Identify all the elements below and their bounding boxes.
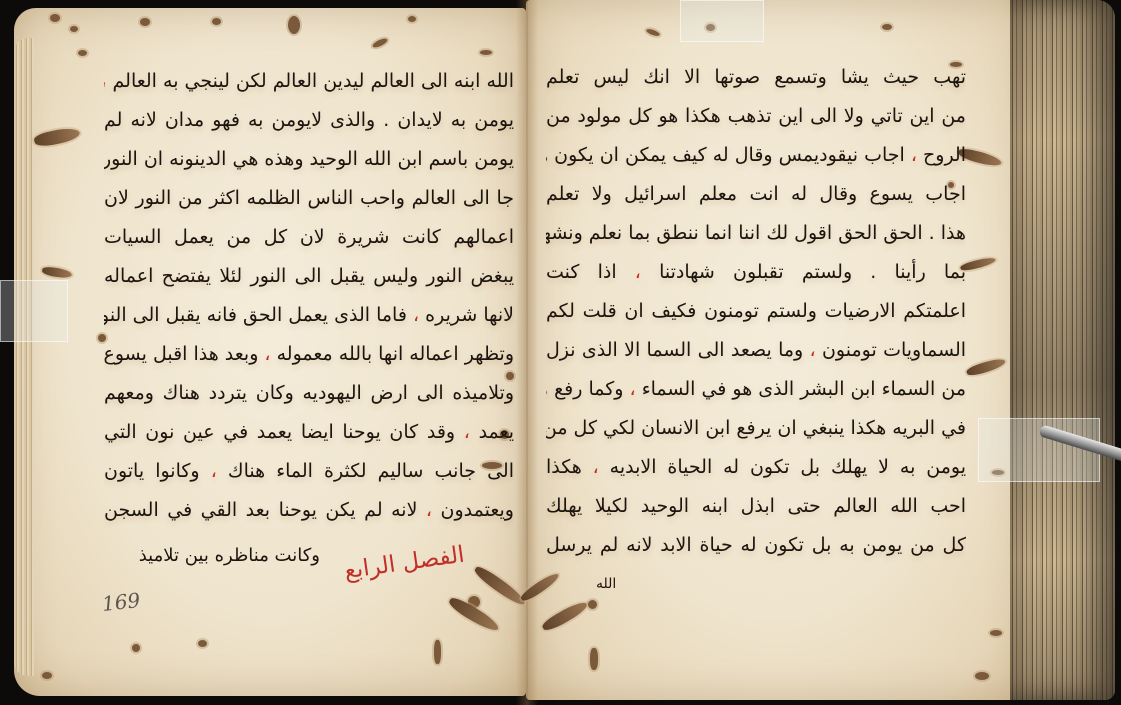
rubric-mark: ،	[911, 144, 917, 166]
worm-hole	[140, 18, 150, 26]
text-line: يعمد ، وقد كان يوحنا ايضا يعمد في عين نو…	[104, 413, 514, 452]
worm-hole	[882, 24, 892, 30]
text-line-final: وكانت مناظره بين تلاميذ	[180, 545, 320, 566]
worm-hole	[132, 644, 140, 652]
text-line: تهب حيث يشا وتسمع صوتها الا انك ليس تعلم	[546, 58, 966, 97]
left-page-text: الله ابنه الى العالم ليدين العالم لكن لي…	[104, 62, 514, 530]
text-line: يومن باسم ابن الله الوحيد وهذه هي الدينو…	[104, 140, 514, 179]
rubric-mark: ،	[630, 378, 636, 400]
rubric-mark: ،	[426, 499, 432, 521]
text-line: من السماء ابن البشر الذى هو في السماء ، …	[546, 370, 966, 409]
text-line: اعمالهم كانت شريرة لان كل من يعمل السيات	[104, 218, 514, 257]
worm-hole	[42, 672, 52, 679]
text-line: اجاب يسوع وقال له انت معلم اسرائيل ولا ت…	[546, 175, 966, 214]
rubric-mark: ،	[593, 456, 599, 478]
worm-hole	[990, 630, 1002, 636]
rubric-mark: ،	[635, 261, 641, 283]
text-line: ويعتمدون ، لانه لم يكن يوحنا بعد القي في…	[104, 491, 514, 530]
text-line: يومن به لا يهلك بل تكون له الحياة الابدي…	[546, 448, 966, 487]
text-line: الى جانب ساليم لكثرة الماء هناك ، وكانوا…	[104, 452, 514, 491]
right-page-text: تهب حيث يشا وتسمع صوتها الا انك ليس تعلم…	[546, 58, 966, 565]
catchword: الله	[596, 576, 616, 592]
text-line: احب الله العالم حتى ابذل ابنه الوحيد لكي…	[546, 487, 966, 526]
text-line: يبغض النور وليس يقبل الى النور لئلا يفتض…	[104, 257, 514, 296]
worm-hole	[212, 18, 221, 25]
transparent-tab-right	[978, 418, 1100, 482]
worm-hole	[408, 16, 416, 22]
worm-hole	[288, 16, 300, 34]
manuscript-photo: الله ابنه الى العالم ليدين العالم لكن لي…	[0, 0, 1121, 705]
text-line: يومن به لايدان . والذى لايومن به فهو مدا…	[104, 101, 514, 140]
worm-hole	[434, 640, 441, 664]
text-line: كل من يومن به بل تكون له حياة الابد لانه…	[546, 526, 966, 565]
text-line: بما رأينا . ولستم تقبلون شهادتنا ، اذا ك…	[546, 253, 966, 292]
rubric-mark: ،	[810, 339, 816, 361]
rubric-mark: ،	[464, 421, 470, 443]
rubric-mark: ،	[264, 343, 270, 365]
worm-hole	[50, 14, 60, 22]
rubric-mark: ،	[104, 70, 106, 92]
transparent-tab-left	[0, 280, 68, 342]
rubric-mark: ،	[211, 460, 217, 482]
folio-number: 169	[101, 588, 141, 616]
rubric-mark: ،	[413, 304, 419, 326]
text-line: جا الى العالم واحب الناس الظلمه اكثر من …	[104, 179, 514, 218]
worm-hole	[975, 672, 989, 680]
fore-edge-page-stack	[1010, 0, 1115, 700]
worm-hole	[70, 26, 78, 32]
worm-hole	[480, 50, 492, 55]
text-line: في البريه هكذا ينبغي ان يرفع ابن الانسان…	[546, 409, 966, 448]
text-line: السماويات تومنون ، وما يصعد الى السما ال…	[546, 331, 966, 370]
worm-hole	[78, 50, 87, 56]
text-line: الله ابنه الى العالم ليدين العالم لكن لي…	[104, 62, 514, 101]
worm-hole	[590, 648, 598, 670]
text-line: لانها شريره ، فاما الذى يعمل الحق فانه ي…	[104, 296, 514, 335]
text-line: وتلاميذه الى ارض اليهوديه وكان يتردد هنا…	[104, 374, 514, 413]
text-line: الروح ، اجاب نيقوديمس وقال له كيف يمكن ا…	[546, 136, 966, 175]
text-line: اعلمتكم الارضيات ولستم تومنون فكيف ان قل…	[546, 292, 966, 331]
worm-hole	[198, 640, 207, 647]
text-line: وتظهر اعماله انها بالله معموله ، وبعد هذ…	[104, 335, 514, 374]
text-line: هذا . الحق الحق اقول لك اننا انما ننطق ب…	[546, 214, 966, 253]
text-line: من اين تاتي ولا الى اين تذهب هكذا هو كل …	[546, 97, 966, 136]
transparent-tab-top	[680, 0, 764, 42]
worm-hole	[588, 600, 597, 609]
